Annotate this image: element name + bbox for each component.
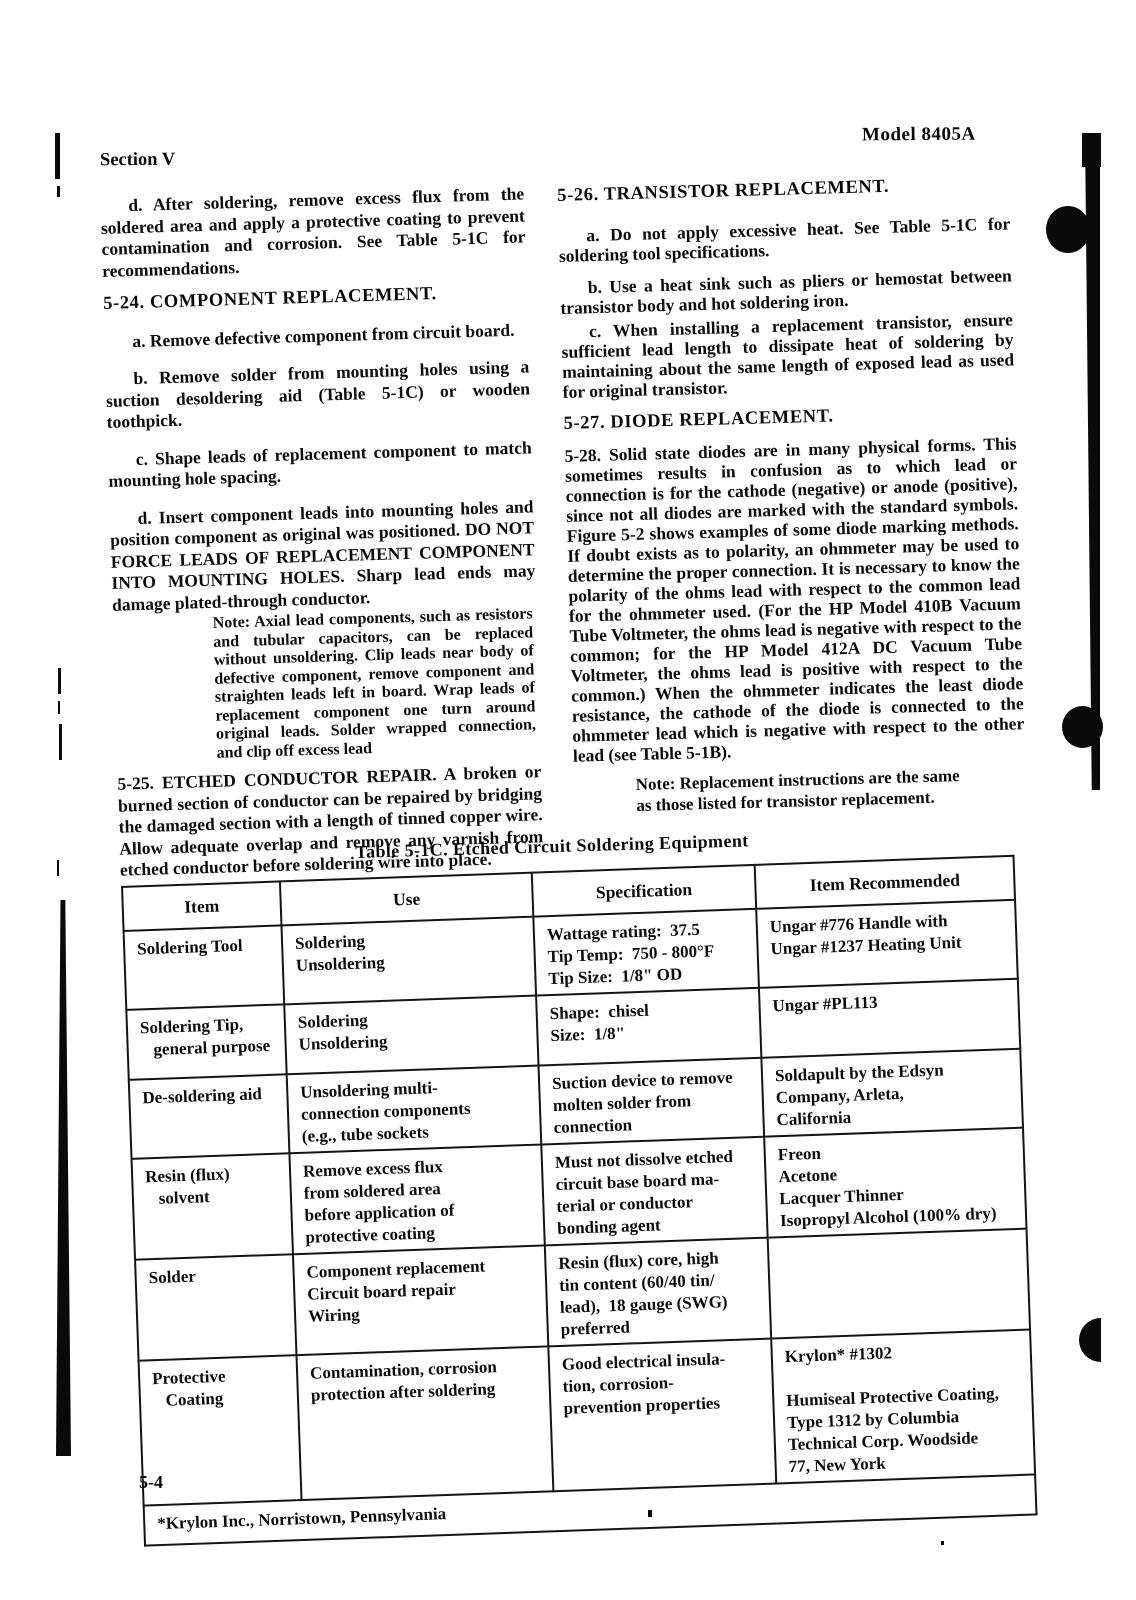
cell-use: Soldering Unsoldering bbox=[281, 917, 536, 1005]
model-label: Model 8405A bbox=[862, 124, 976, 147]
cell-spec: Good electrical insula- tion, corrosion-… bbox=[548, 1339, 776, 1492]
heading-component-replacement: 5-24. COMPONENT REPLACEMENT. bbox=[103, 281, 527, 315]
scan-ink-blot-top bbox=[1046, 206, 1090, 253]
scan-binding-bar-left bbox=[56, 900, 71, 1456]
cell-recommended: Soldapult by the Edsyn Company, Arleta, … bbox=[761, 1049, 1023, 1137]
note-replacement-instructions: Note: Replacement instructions are the s… bbox=[635, 763, 1028, 816]
paragraph-after-soldering: d. After soldering, remove excess flux f… bbox=[100, 183, 526, 282]
cell-item: Soldering Tip, general purpose bbox=[126, 1004, 286, 1079]
step-no-excessive-heat: a. Do not apply excessive heat. See Tabl… bbox=[558, 213, 1011, 266]
cell-use: Component replacement Circuit board repa… bbox=[293, 1245, 548, 1355]
header-cell-specification: Specification bbox=[532, 865, 756, 917]
cell-spec: Shape: chisel Size: 1/8" bbox=[536, 988, 761, 1066]
paragraph-solid-state-diodes: 5-28. Solid state diodes are in many phy… bbox=[564, 433, 1025, 765]
section-label: Section V bbox=[100, 150, 175, 172]
scan-ink-blot-middle bbox=[1062, 706, 1103, 748]
step-remove-component: a. Remove defective component from circu… bbox=[104, 319, 528, 353]
cell-item: Protective Coating bbox=[139, 1355, 302, 1505]
left-column: d. After soldering, remove excess flux f… bbox=[100, 183, 544, 889]
cell-item: Solder bbox=[135, 1254, 296, 1360]
step-shape-leads: c. Shape leads of replacement component … bbox=[108, 437, 533, 493]
header-cell-item: Item bbox=[122, 881, 281, 930]
scan-binding-bar-right-cap bbox=[1082, 133, 1101, 167]
scan-ink-blot-bottom bbox=[1079, 1318, 1101, 1362]
scan-speck-2 bbox=[941, 1541, 944, 1545]
heading-diode-replacement: 5-27. DIODE REPLACEMENT. bbox=[563, 401, 1015, 434]
cell-recommended bbox=[768, 1229, 1030, 1339]
cell-recommended: Krylon* #1302 Humiseal Protective Coatin… bbox=[771, 1330, 1035, 1484]
cell-item: De-soldering aid bbox=[129, 1074, 290, 1158]
cell-spec: Suction device to remove molten solder f… bbox=[539, 1058, 765, 1145]
cell-item: Resin (flux) solvent bbox=[132, 1153, 293, 1259]
cell-spec: Wattage rating: 37.5 Tip Temp: 750 - 800… bbox=[533, 909, 759, 996]
cell-recommended: Freon Acetone Lacquer Thinner Isopropyl … bbox=[764, 1128, 1026, 1238]
page-number: 5-4 bbox=[139, 1472, 163, 1493]
cell-recommended: Ungar #PL113 bbox=[759, 979, 1020, 1058]
step-heat-sink: b. Use a heat sink such as pliers or hem… bbox=[560, 265, 1013, 318]
right-column: 5-26. TRANSISTOR REPLACEMENT. a. Do not … bbox=[557, 173, 1026, 817]
scan-mark-1 bbox=[55, 133, 60, 179]
cell-use: Contamination, corrosion protection afte… bbox=[296, 1346, 553, 1500]
cell-spec: Must not dissolve etched circuit base bo… bbox=[541, 1137, 767, 1246]
scan-mark-5 bbox=[59, 724, 62, 760]
step-lead-length: c. When installing a replacement transis… bbox=[561, 309, 1015, 402]
scan-mark-3 bbox=[58, 668, 61, 694]
cell-use: Soldering Unsoldering bbox=[284, 996, 538, 1075]
scan-mark-2 bbox=[57, 186, 60, 197]
heading-transistor-replacement: 5-26. TRANSISTOR REPLACEMENT. bbox=[557, 173, 1009, 206]
scan-mark-4 bbox=[58, 701, 60, 714]
step-remove-solder: b. Remove solder from mounting holes usi… bbox=[105, 356, 531, 433]
step-insert-leads: d. Insert component leads into mounting … bbox=[109, 496, 536, 616]
note-axial-lead: Note: Axial lead components, such as res… bbox=[212, 605, 536, 762]
cell-spec: Resin (flux) core, high tin content (60/… bbox=[545, 1238, 771, 1347]
paragraph-etched-conductor-repair: 5-25. ETCHED CONDUCTOR REPAIR. A broken … bbox=[117, 761, 544, 881]
cell-recommended: Ungar #776 Handle with Ungar #1237 Heati… bbox=[756, 900, 1018, 988]
cell-use: Unsoldering multi- connection components… bbox=[287, 1066, 542, 1154]
equipment-table-wrap: Item Use Specification Item Recommended … bbox=[121, 855, 1036, 1547]
manual-page: Model 8405A Section V d. After soldering… bbox=[0, 0, 1136, 1600]
scan-mark-6 bbox=[57, 860, 59, 876]
cell-item: Soldering Tool bbox=[124, 925, 285, 1009]
cell-use: Remove excess flux from soldered area be… bbox=[289, 1144, 544, 1254]
equipment-table: Item Use Specification Item Recommended … bbox=[121, 855, 1038, 1547]
